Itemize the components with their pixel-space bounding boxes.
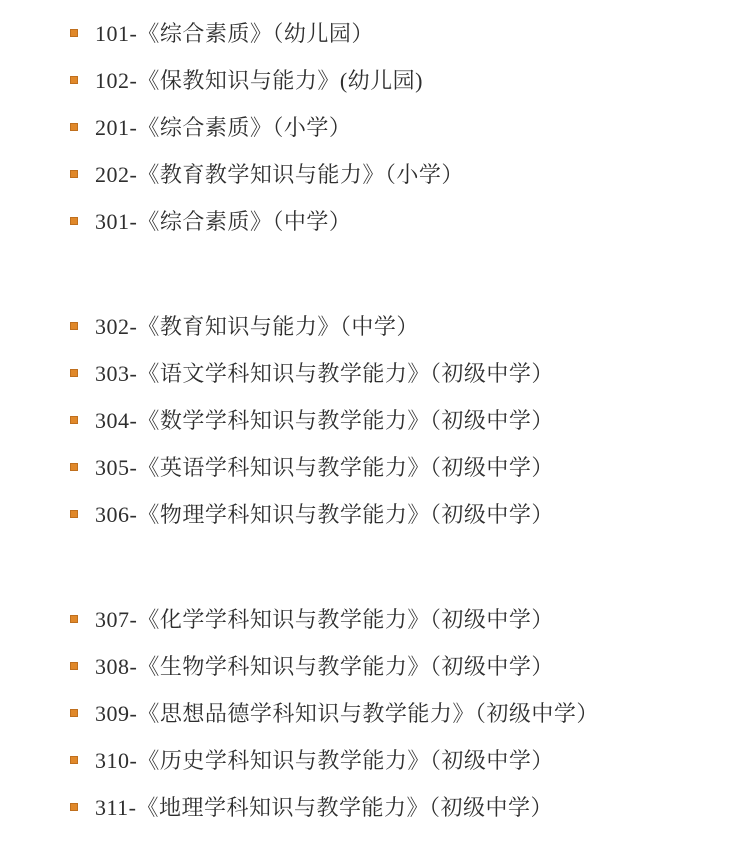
group-divider-space xyxy=(0,537,730,595)
subject-label: 301-《综合素质》（中学） xyxy=(95,205,351,236)
list-item: 101-《综合素质》（幼儿园） xyxy=(70,9,730,56)
list-item: 303-《语文学科知识与教学能力》（初级中学） xyxy=(70,349,730,396)
slide-page: 101-《综合素质》（幼儿园） 102-《保教知识与能力》(幼儿园) 201-《… xyxy=(0,0,730,863)
bullet-square-icon xyxy=(70,615,78,623)
bullet-square-icon xyxy=(70,29,78,37)
subject-label: 303-《语文学科知识与教学能力》（初级中学） xyxy=(95,357,554,388)
subject-list-group-2: 302-《教育知识与能力》（中学） 303-《语文学科知识与教学能力》（初级中学… xyxy=(0,302,730,537)
subject-label: 101-《综合素质》（幼儿园） xyxy=(95,17,374,48)
list-item: 306-《物理学科知识与教学能力》（初级中学） xyxy=(70,490,730,537)
subject-label: 307-《化学学科知识与教学能力》（初级中学） xyxy=(95,603,554,634)
subject-label: 302-《教育知识与能力》（中学） xyxy=(95,310,419,341)
subject-label: 304-《数学学科知识与教学能力》（初级中学） xyxy=(95,404,554,435)
subject-label: 309-《思想品德学科知识与教学能力》（初级中学） xyxy=(95,697,599,728)
bullet-square-icon xyxy=(70,170,78,178)
subject-label: 310-《历史学科知识与教学能力》（初级中学） xyxy=(95,744,554,775)
list-item: 305-《英语学科知识与教学能力》（初级中学） xyxy=(70,443,730,490)
bullet-square-icon xyxy=(70,803,78,811)
subject-list-group-1: 101-《综合素质》（幼儿园） 102-《保教知识与能力》(幼儿园) 201-《… xyxy=(0,9,730,244)
list-item: 309-《思想品德学科知识与教学能力》（初级中学） xyxy=(70,689,730,736)
list-item: 304-《数学学科知识与教学能力》（初级中学） xyxy=(70,396,730,443)
list-item: 307-《化学学科知识与教学能力》（初级中学） xyxy=(70,595,730,642)
subject-label: 311-《地理学科知识与教学能力》（初级中学） xyxy=(95,791,553,822)
bullet-square-icon xyxy=(70,463,78,471)
bullet-square-icon xyxy=(70,369,78,377)
list-item: 102-《保教知识与能力》(幼儿园) xyxy=(70,56,730,103)
bullet-square-icon xyxy=(70,217,78,225)
list-item: 310-《历史学科知识与教学能力》（初级中学） xyxy=(70,736,730,783)
subject-label: 308-《生物学科知识与教学能力》（初级中学） xyxy=(95,650,554,681)
subject-label: 305-《英语学科知识与教学能力》（初级中学） xyxy=(95,451,554,482)
list-item: 311-《地理学科知识与教学能力》（初级中学） xyxy=(70,783,730,830)
subject-label: 201-《综合素质》（小学） xyxy=(95,111,351,142)
list-item: 201-《综合素质》（小学） xyxy=(70,103,730,150)
bullet-square-icon xyxy=(70,322,78,330)
list-item: 301-《综合素质》（中学） xyxy=(70,197,730,244)
group-divider-space xyxy=(0,244,730,302)
list-item: 202-《教育教学知识与能力》（小学） xyxy=(70,150,730,197)
bullet-square-icon xyxy=(70,76,78,84)
bullet-square-icon xyxy=(70,510,78,518)
subject-label: 102-《保教知识与能力》(幼儿园) xyxy=(95,64,423,95)
subject-label: 202-《教育教学知识与能力》（小学） xyxy=(95,158,464,189)
bullet-square-icon xyxy=(70,709,78,717)
list-item: 302-《教育知识与能力》（中学） xyxy=(70,302,730,349)
bullet-square-icon xyxy=(70,756,78,764)
subject-label: 306-《物理学科知识与教学能力》（初级中学） xyxy=(95,498,554,529)
list-item: 308-《生物学科知识与教学能力》（初级中学） xyxy=(70,642,730,689)
bullet-square-icon xyxy=(70,662,78,670)
bullet-square-icon xyxy=(70,416,78,424)
bullet-square-icon xyxy=(70,123,78,131)
subject-list-group-3: 307-《化学学科知识与教学能力》（初级中学） 308-《生物学科知识与教学能力… xyxy=(0,595,730,830)
